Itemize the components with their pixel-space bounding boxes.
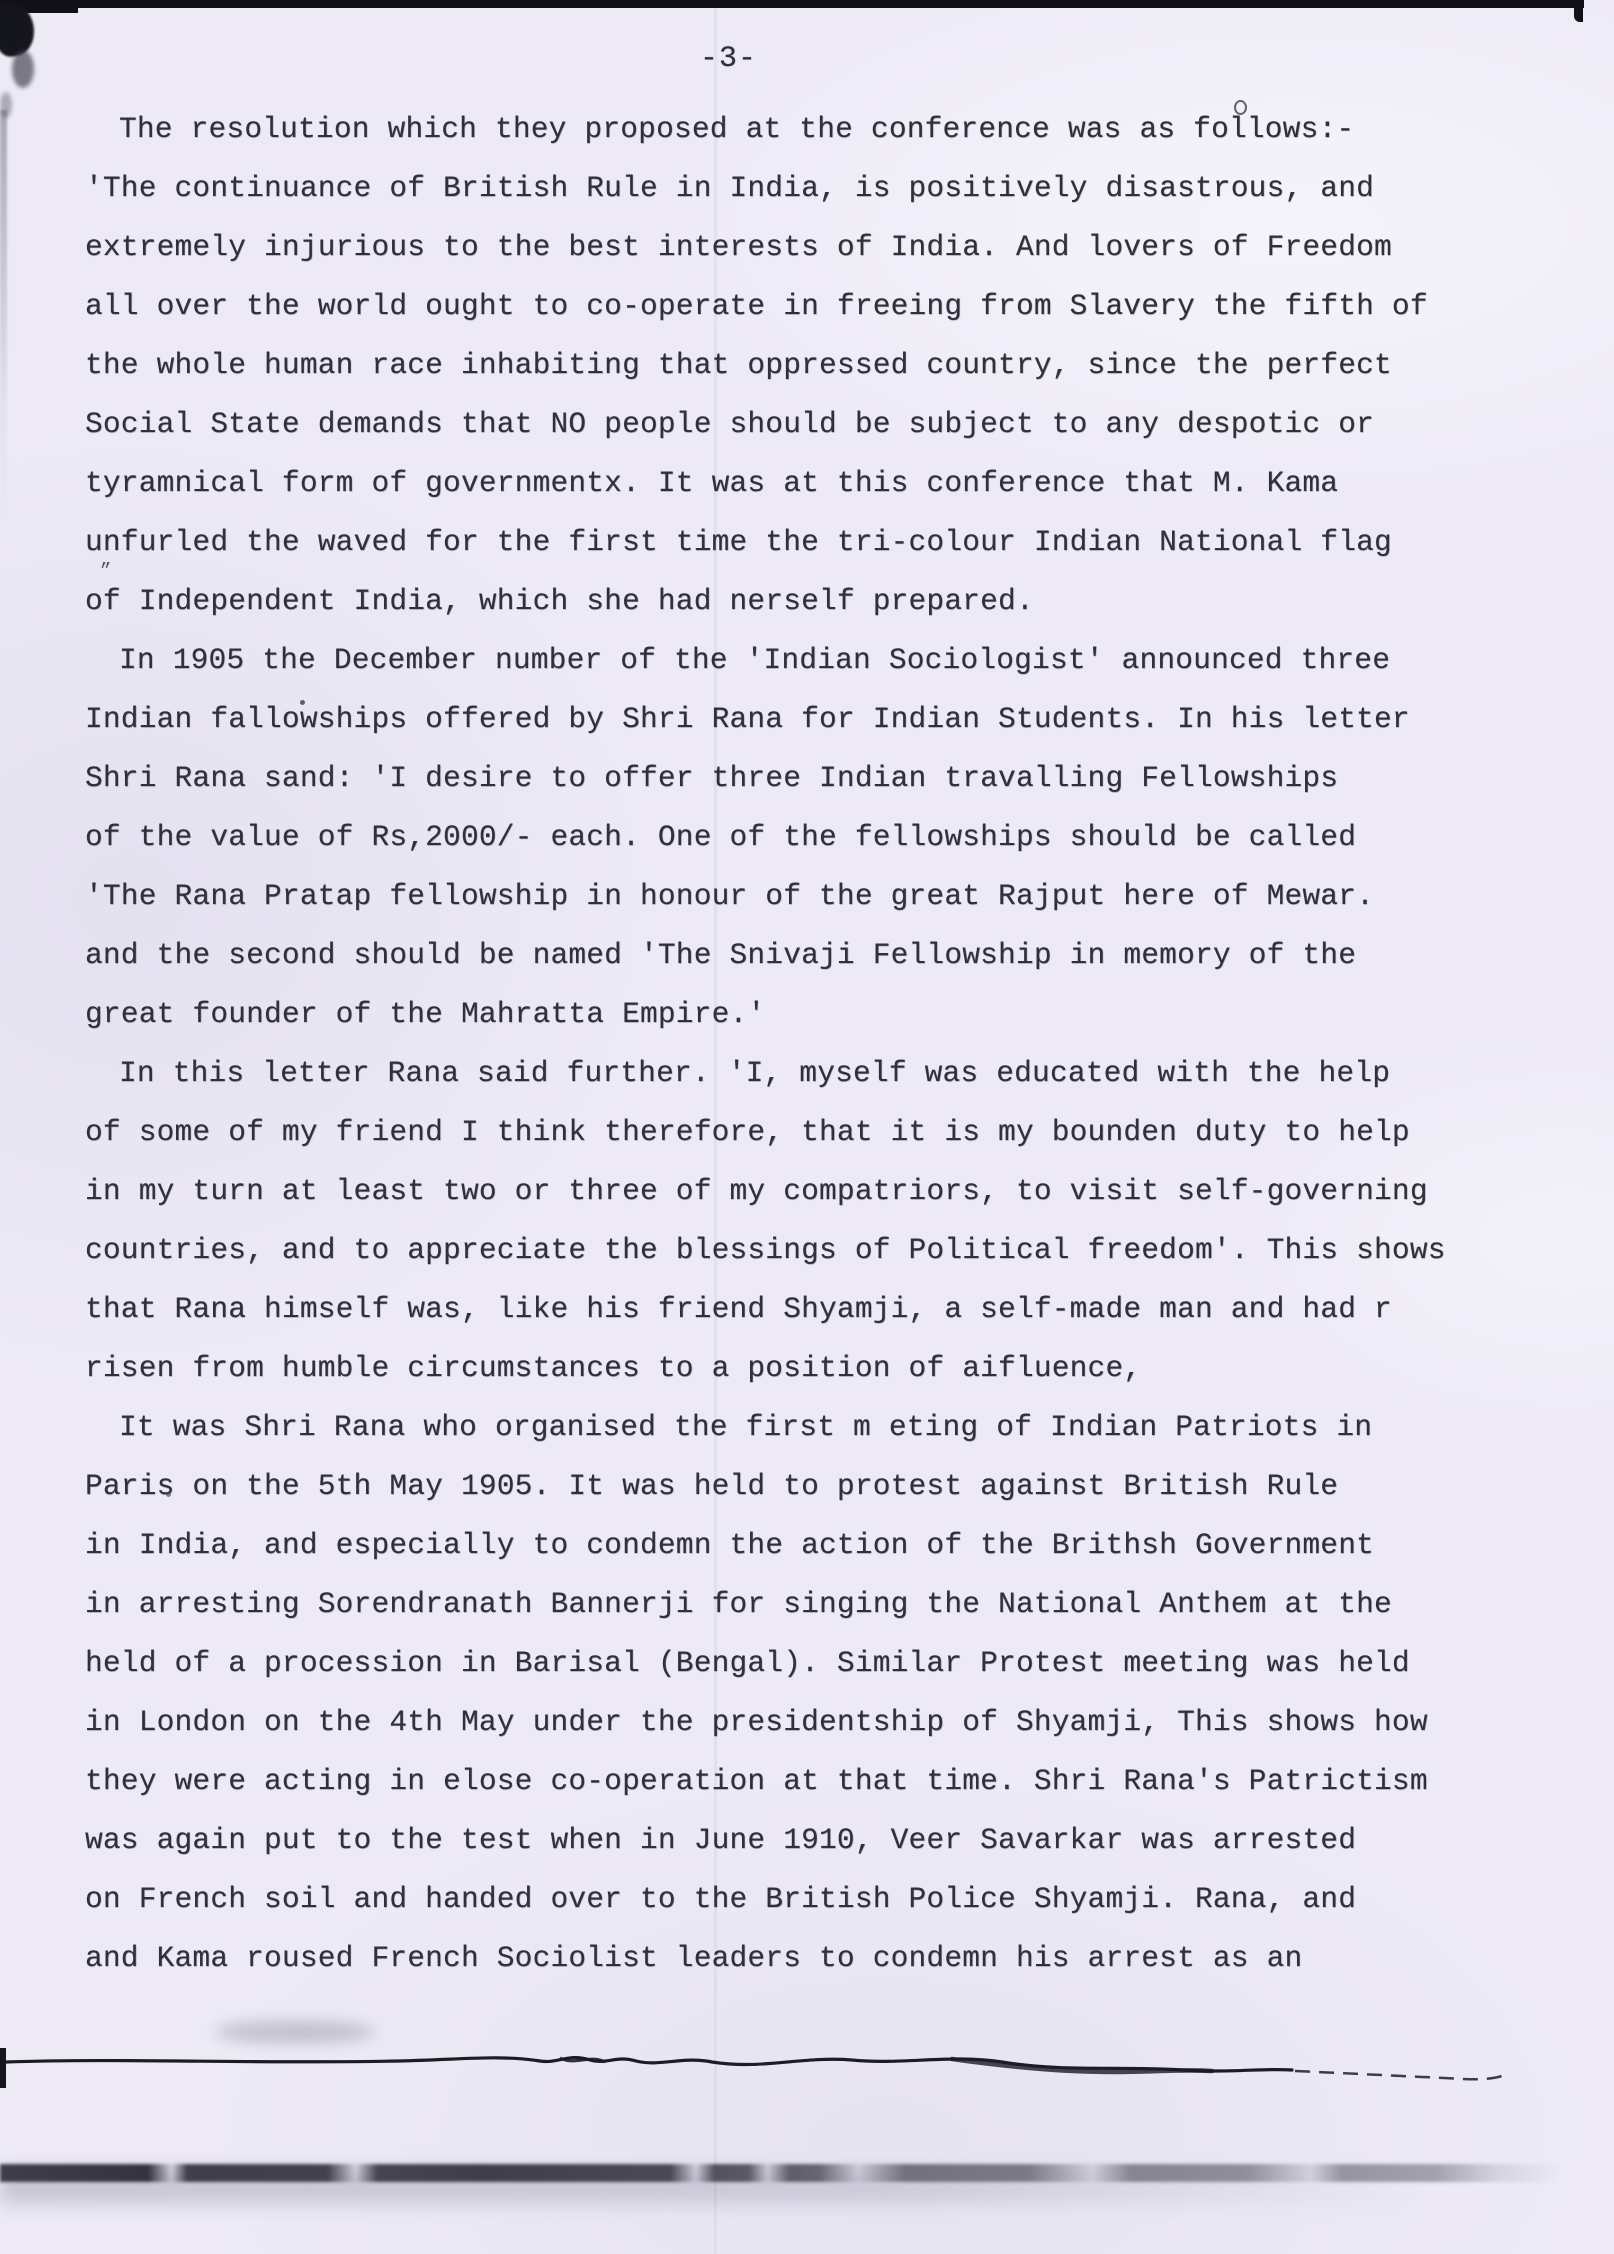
text-line: all over the world ought to co-operate i… xyxy=(85,277,1575,336)
text-line: of some of my friend I think therefore, … xyxy=(85,1103,1575,1162)
text-line: 'The Rana Pratap fellowship in honour of… xyxy=(85,867,1575,926)
text-line: held of a procession in Barisal (Bengal)… xyxy=(85,1634,1575,1693)
text-line: in London on the 4th May under the presi… xyxy=(85,1693,1575,1752)
text-line: countries, and to appreciate the blessin… xyxy=(85,1221,1575,1280)
left-edge-streak xyxy=(0,110,7,530)
text-line: It was Shri Rana who organised the first… xyxy=(85,1398,1575,1457)
scan-edge-top-bar xyxy=(56,0,1584,8)
text-line: and Kama roused French Sociolist leaders… xyxy=(85,1929,1575,1988)
text-line: Indian fallowships offered by Shri Rana … xyxy=(85,690,1575,749)
text-line: in India, and especially to condemn the … xyxy=(85,1516,1575,1575)
scan-edge-top-bar-hook xyxy=(1574,0,1583,22)
text-line: 'The continuance of British Rule in Indi… xyxy=(85,159,1575,218)
stray-mark: ” xyxy=(100,560,111,582)
text-line: risen from humble circumstances to a pos… xyxy=(85,1339,1575,1398)
text-line: and the second should be named 'The Sniv… xyxy=(85,926,1575,985)
text-line: unfurled the waved for the first time th… xyxy=(85,513,1575,572)
text-line: the whole human race inhabiting that opp… xyxy=(85,336,1575,395)
text-line: in my turn at least two or three of my c… xyxy=(85,1162,1575,1221)
text-line: great founder of the Mahratta Empire.' xyxy=(85,985,1575,1044)
stray-mark xyxy=(300,700,305,705)
smudge-strip xyxy=(0,2164,1560,2182)
text-line: Paris on the 5th May 1905. It was held t… xyxy=(85,1457,1575,1516)
text-line: of Independent India, which she had ners… xyxy=(85,572,1575,631)
stray-mark xyxy=(166,1492,171,1497)
text-line: The resolution which they proposed at th… xyxy=(85,100,1575,159)
text-line: they were acting in elose co-operation a… xyxy=(85,1752,1575,1811)
text-line: on French soil and handed over to the Br… xyxy=(85,1870,1575,1929)
text-line: in arresting Sorendranath Bannerji for s… xyxy=(85,1575,1575,1634)
stray-mark xyxy=(1234,100,1247,115)
text-line: that Rana himself was, like his friend S… xyxy=(85,1280,1575,1339)
text-line: In this letter Rana said further. 'I, my… xyxy=(85,1044,1575,1103)
page-number: -3- xyxy=(700,42,820,76)
corner-ink-blob xyxy=(12,50,34,88)
text-line: Shri Rana sand: 'I desire to offer three… xyxy=(85,749,1575,808)
text-line: extremely injurious to the best interest… xyxy=(85,218,1575,277)
text-line: In 1905 the December number of the 'Indi… xyxy=(85,631,1575,690)
text-line: Social State demands that NO people shou… xyxy=(85,395,1575,454)
document-text: The resolution which they proposed at th… xyxy=(85,100,1575,1988)
scanned-document-page: -3- The resolution which they proposed a… xyxy=(0,0,1614,2254)
scan-line-artifact xyxy=(0,2032,1614,2112)
text-line: tyramnical form of governmentx. It was a… xyxy=(85,454,1575,513)
text-line: of the value of Rs,2000/- each. One of t… xyxy=(85,808,1575,867)
text-line: was again put to the test when in June 1… xyxy=(85,1811,1575,1870)
